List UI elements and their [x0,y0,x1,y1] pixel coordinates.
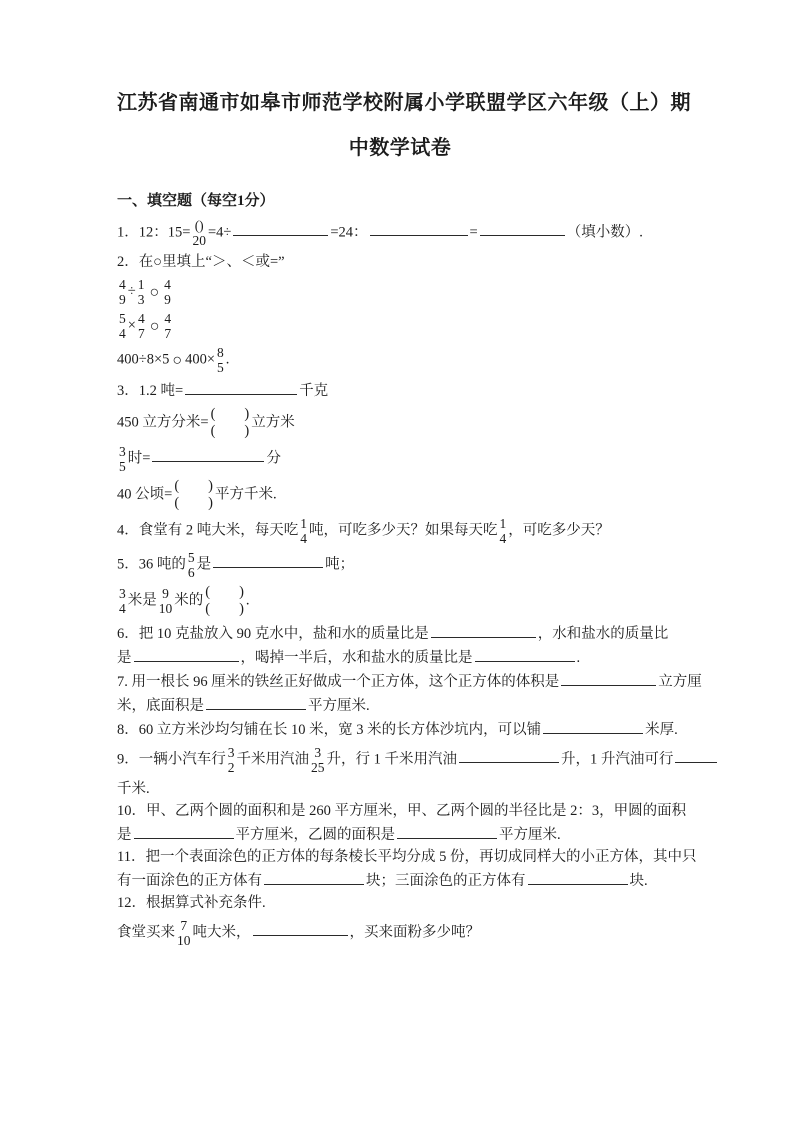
blank-underline [561,670,656,686]
q12-line: 12．根据算式补充条件. [117,893,683,914]
q6-line-2: 是，喝掉一半后，水和盐水的质量比是. [117,646,683,669]
q12-condition-line: 食堂买来710吨大米，，买来面粉多少吨？ [117,918,683,948]
blank-underline [675,747,717,763]
paper-title-line2: 中数学试卷 [117,133,683,163]
blank-underline [134,823,234,839]
q3-line-4: 40 公顷=( )( )平方千米. [117,478,683,512]
text-run: 食堂买来 [117,924,175,940]
q7-line-2: 米，底面积是平方厘米. [117,694,683,717]
fraction: 14 [298,516,309,546]
fraction-numerator: 7 [177,918,191,933]
fraction: 34 [117,586,128,616]
blank-underline [528,869,628,885]
blank-underline [233,220,328,236]
fraction-numerator: 3 [311,745,325,760]
text-run: 11．把一个表面涂色的正方体的每条棱长平均分成 5 份，再切成同样大的小正方体，… [117,849,696,865]
text-run: 时= [128,450,151,466]
fraction-denominator: 10 [177,933,191,948]
fraction-numerator: ( ) [174,478,213,495]
text-run: 块；三面涂色的正方体有 [366,873,526,889]
text-run: 升，1 升汽油可行 [561,751,673,767]
text-run: 400× [185,351,215,367]
blank-underline [264,869,364,885]
text-run: 7. 用一根长 96 厘米的铁丝正好做成一个正方体，这个正方体的体积是 [117,674,559,690]
text-run: 米，底面积是 [117,698,204,714]
fraction-denominator: 4 [119,326,126,341]
q10-line-2: 是平方厘米，乙圆的面积是平方厘米. [117,823,683,846]
blank-underline [475,646,575,662]
fraction: 49 [162,277,173,307]
blank-underline [152,446,264,462]
q1-line: 1．12：15=()20=4÷=24：=（填小数）. [117,218,683,248]
q2-compare-2: 54×47○47 [117,311,683,341]
text-run: 9．一辆小汽车行 [117,751,226,767]
blank-underline [206,694,306,710]
paren-fraction: ( )( ) [203,584,246,618]
comparison-circle: ○ [146,284,162,301]
fraction-denominator: ( ) [211,423,250,440]
q11-line-1: 11．把一个表面涂色的正方体的每条棱长平均分成 5 份，再切成同样大的小正方体，… [117,847,683,868]
q5-line-1: 5．36 吨的56是吨； [117,550,683,580]
questions-container: 1．12：15=()20=4÷=24：=（填小数）.2．在○里填上“＞、＜或=”… [117,218,683,948]
text-run: 4．食堂有 2 吨大米，每天吃 [117,522,298,538]
q3-line-1: 3．1.2 吨=千克 [117,379,683,402]
fraction-denominator: ( ) [205,601,244,618]
text-run: =4÷ [208,224,231,240]
fraction-denominator: 25 [311,760,325,775]
text-run: ，可吃多少天？ [508,522,610,538]
text-run: ÷ [128,283,136,299]
paren-fraction: ( )( ) [209,406,252,440]
text-run: ，喝掉一半后，水和盐水的质量比是 [241,650,473,666]
fraction-numerator: 3 [228,745,235,760]
paper-title-line1: 江苏省南通市如皋市师范学校附属小学联盟学区六年级（上）期 [117,88,683,118]
q2-line: 2．在○里填上“＞、＜或=” [117,252,683,273]
text-run: 平方厘米. [499,827,561,843]
fraction-numerator: 9 [159,586,173,601]
text-run: 1．12：15= [117,224,190,240]
fraction-numerator: 1 [138,277,145,292]
q2-compare-3: 400÷8×5○400×85. [117,345,683,375]
q9-line-2: 千米. [117,779,683,800]
fraction: 325 [309,745,327,775]
fraction-denominator: ( ) [174,495,213,512]
fraction-numerator: ( ) [205,584,244,601]
q9-line-1: 9．一辆小汽车行32千米用汽油325升，行 1 千米用汽油升，1 升汽油可行 [117,745,683,775]
text-run: = [470,224,478,240]
blank-underline [397,823,497,839]
fraction-numerator: ( ) [211,406,250,423]
blank-underline [480,220,565,236]
blank-underline [134,646,239,662]
q10-line-1: 10．甲、乙两个圆的面积和是 260 平方厘米，甲、乙两个圆的半径比是 2：3，… [117,801,683,822]
fraction-numerator: 5 [188,550,195,565]
fraction-numerator: 4 [164,277,171,292]
text-run: 5．36 吨的 [117,556,186,572]
fraction: 910 [157,586,175,616]
comparison-circle: ○ [169,352,185,369]
exam-paper-page: 江苏省南通市如皋市师范学校附属小学联盟学区六年级（上）期 中数学试卷 一、填空题… [0,0,793,1122]
text-run: 块. [630,873,648,889]
blank-underline [370,220,468,236]
q3-line-2: 450 立方分米=( )( )立方米 [117,406,683,440]
text-run: 10．甲、乙两个圆的面积和是 260 平方厘米，甲、乙两个圆的半径比是 2：3，… [117,803,686,819]
fraction-numerator: 4 [119,277,126,292]
blank-underline [253,920,348,936]
fraction-denominator: 4 [300,531,307,546]
fraction-denominator: 10 [159,601,173,616]
fraction: ()20 [190,218,208,248]
text-run: . [577,650,581,666]
q6-line-1: 6．把 10 克盐放入 90 克水中，盐和水的质量比是，水和盐水的质量比 [117,622,683,645]
fraction-numerator: 3 [119,444,126,459]
fraction-numerator: 1 [300,516,307,531]
text-run: 立方米 [251,414,295,430]
text-run: 千米. [117,781,150,797]
fraction: 32 [226,745,237,775]
fraction-numerator: 1 [500,516,507,531]
q4-line: 4．食堂有 2 吨大米，每天吃14吨，可吃多少天？如果每天吃14，可吃多少天？ [117,516,683,546]
fraction-numerator: 4 [164,311,171,326]
text-run: . [226,351,230,367]
text-run: 400÷8×5 [117,351,169,367]
q3-line-3: 35时=分 [117,444,683,474]
fraction-denominator: 9 [119,292,126,307]
fraction: 47 [162,311,173,341]
fraction-denominator: 6 [188,565,195,580]
fraction-numerator: 3 [119,586,126,601]
blank-underline [213,552,323,568]
text-run: 升，行 1 千米用汽油 [327,751,458,767]
fraction-denominator: 5 [119,459,126,474]
text-run: 千米用汽油 [237,751,310,767]
fraction: 85 [215,345,226,375]
q5-line-2: 34米是910米的( )( ). [117,584,683,618]
fraction-numerator: 5 [119,311,126,326]
fraction-numerator: () [192,218,206,233]
text-run: ，水和盐水的质量比 [538,626,669,642]
blank-underline [185,379,297,395]
q8-line: 8．60 立方米沙均匀铺在长 10 米，宽 3 米的长方体沙坑内，可以铺米厚. [117,718,683,741]
fraction-denominator: 7 [138,326,145,341]
text-run: 米是 [128,592,157,608]
q7-line-1: 7. 用一根长 96 厘米的铁丝正好做成一个正方体，这个正方体的体积是立方厘 [117,670,683,693]
text-run: 40 公顷= [117,486,172,502]
paren-fraction: ( )( ) [172,478,215,512]
fraction-denominator: 2 [228,760,235,775]
fraction-denominator: 3 [138,292,145,307]
comparison-circle: ○ [147,318,163,335]
text-run: 平方千米. [215,486,277,502]
text-run: 12．根据算式补充条件. [117,895,266,911]
fraction-numerator: 4 [138,311,145,326]
fraction-numerator: 8 [217,345,224,360]
fraction-denominator: 4 [500,531,507,546]
section-header-fill-in-blanks: 一、填空题（每空1分） [117,190,683,212]
text-run: 平方厘米，乙圆的面积是 [236,827,396,843]
fraction-denominator: 4 [119,601,126,616]
text-run: （填小数）. [567,224,643,240]
text-run: 8．60 立方米沙均匀铺在长 10 米，宽 3 米的长方体沙坑内，可以铺 [117,722,541,738]
text-run: 米厚. [645,722,678,738]
fraction: 49 [117,277,128,307]
text-run: 吨，可吃多少天？如果每天吃 [309,522,498,538]
fraction-denominator: 20 [192,233,206,248]
text-run: 是 [117,650,132,666]
text-run: =24： [330,224,367,240]
text-run: 立方厘 [658,674,702,690]
blank-underline [459,747,559,763]
text-run: 平方厘米. [308,698,370,714]
text-run: 米的 [174,592,203,608]
text-run: × [128,317,136,333]
text-run: 吨大米， [193,924,251,940]
text-run: 是 [197,556,212,572]
text-run: 有一面涂色的正方体有 [117,873,262,889]
text-run: 450 立方分米= [117,414,209,430]
text-run: 千克 [299,383,328,399]
text-run: 6．把 10 克盐放入 90 克水中，盐和水的质量比是 [117,626,429,642]
fraction: 56 [186,550,197,580]
q2-compare-1: 49÷13○49 [117,277,683,307]
fraction: 13 [136,277,147,307]
fraction-denominator: 5 [217,360,224,375]
fraction: 47 [136,311,147,341]
fraction: 14 [498,516,509,546]
q11-line-2: 有一面涂色的正方体有块；三面涂色的正方体有块. [117,869,683,892]
fraction: 710 [175,918,193,948]
fraction: 54 [117,311,128,341]
text-run: 分 [266,450,281,466]
text-run: 是 [117,827,132,843]
fraction: 35 [117,444,128,474]
fraction-denominator: 9 [164,292,171,307]
text-run: 3．1.2 吨= [117,383,183,399]
text-run: ，买来面粉多少吨？ [350,924,481,940]
text-run: 吨； [325,556,354,572]
text-run: . [246,592,250,608]
blank-underline [543,718,643,734]
fraction-denominator: 7 [164,326,171,341]
blank-underline [431,622,536,638]
text-run: 2．在○里填上“＞、＜或=” [117,254,285,270]
